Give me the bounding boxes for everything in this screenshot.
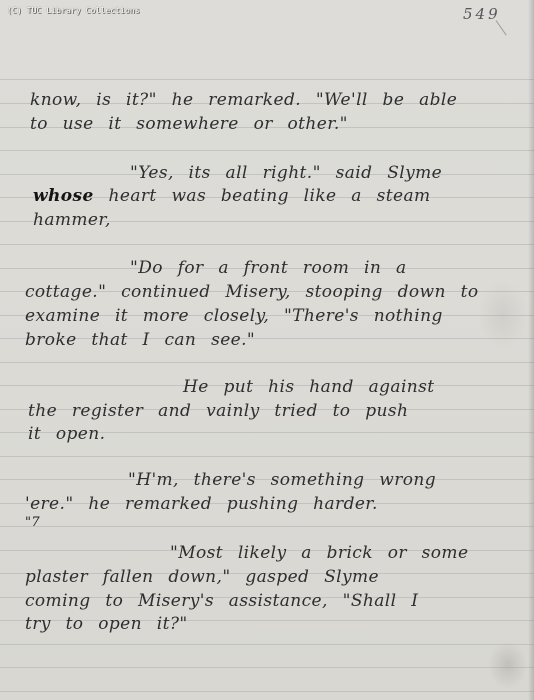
text-line: plaster fallen down," gasped Slyme [25,567,379,587]
manuscript-page: (C) TUC Library Collections 549 know, is… [0,0,534,700]
text-line: to use it somewhere or other." [30,114,348,134]
text-line: whose heart was beating like a steam [33,186,431,206]
page-edge-shadow [528,0,534,700]
text-line: "Yes, its all right." said Slyme [130,163,442,183]
text-line: know, is it?" he remarked. "We'll be abl… [30,90,457,110]
ruled-line [0,362,534,363]
ruled-line [0,644,534,645]
bold-word: whose [33,186,94,206]
text-line: coming to Misery's assistance, "Shall I [25,591,418,611]
text-line: try to open it?" [25,614,188,634]
text-fragment: heart was beating like a steam [109,186,431,206]
paper-stain [488,640,528,690]
copyright-watermark: (C) TUC Library Collections [7,6,140,15]
text-line: 'ere." he remarked pushing harder. [25,494,378,514]
text-line: "H'm, there's something wrong [128,470,436,490]
page-number: 549 [463,5,501,23]
text-line: the register and vainly tried to push [28,401,408,421]
text-line: it open. [28,424,105,444]
text-line: He put his hand against [183,377,434,397]
paper-stain [478,280,528,350]
stray-mark: "7 [25,515,40,530]
ruled-line [0,150,534,151]
ruled-line [0,691,534,692]
text-line: examine it more closely, "There's nothin… [25,306,443,326]
ruled-line [0,79,534,80]
text-line: cottage." continued Misery, stooping dow… [25,282,479,302]
ruled-line [0,244,534,245]
text-line: "Do for a front room in a [130,258,407,278]
ruled-line [0,667,534,668]
ruled-line [0,526,534,527]
text-line: hammer, [33,210,111,230]
text-line: broke that I can see." [25,330,255,350]
text-line: "Most likely a brick or some [170,543,468,563]
ruled-line [0,456,534,457]
